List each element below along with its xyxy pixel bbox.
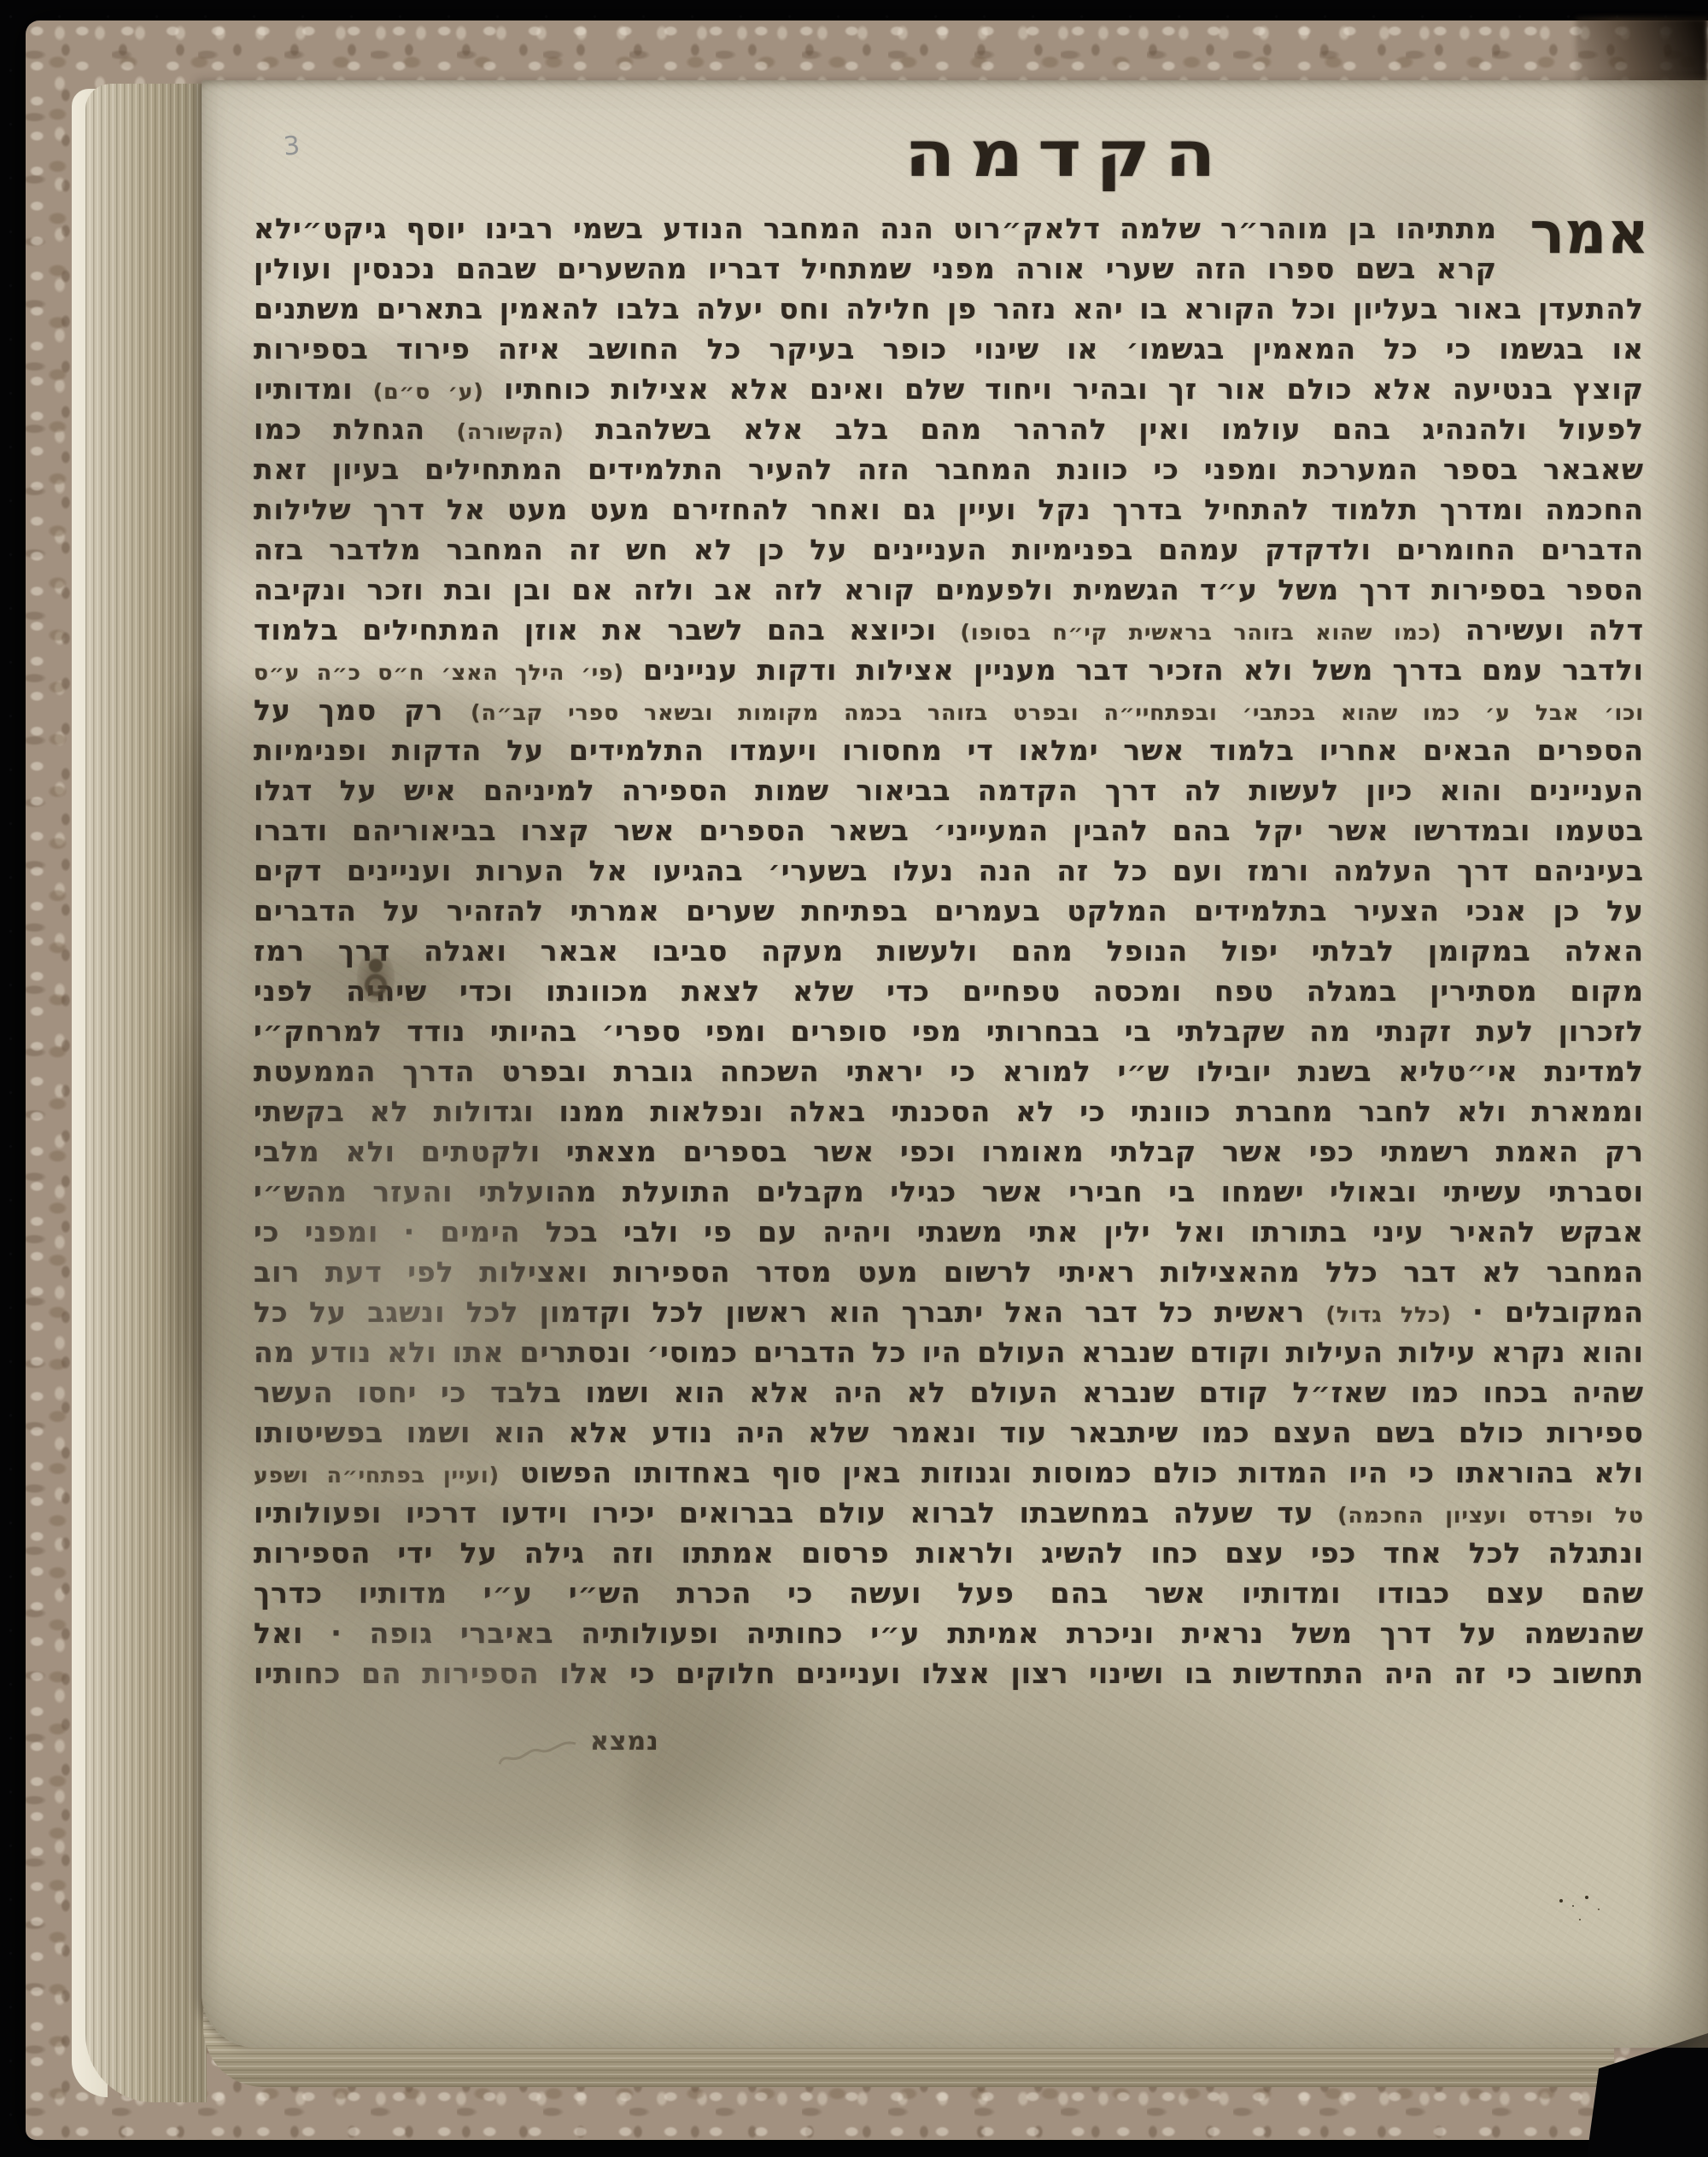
text-line: להתעדן באור בעליון וכל הקורא בו יהא נזהר… bbox=[254, 289, 1644, 329]
text-line: שאבאר בספר המערכת ומפני כי כוונת המחבר ה… bbox=[254, 449, 1644, 489]
text-line: קוצץ בנטיעה אלא כולם אור זך ובהיר ויחוד … bbox=[254, 369, 1644, 409]
text-line: החכמה ומדרך תלמוד להתחיל בדרך נקל ועיין … bbox=[254, 489, 1644, 529]
initial-word: אמר bbox=[1530, 200, 1649, 267]
text-line: האלה במקומן לבלתי יפול הנופל מהם ולעשות … bbox=[254, 931, 1644, 971]
text-line: לפעול ולהנהיג בהם עולמו ואין להרהר מהם ב… bbox=[254, 409, 1644, 449]
text-line: או בגשמו כי כל המאמין בגשמו׳ או שינוי כו… bbox=[254, 329, 1644, 369]
text-line: תחשוב כי זה היה התחדשות בו ושינוי רצון א… bbox=[254, 1653, 1644, 1693]
text-line: וממארת ולא לחבר מחברת כוונתי כי לא הסכנת… bbox=[254, 1091, 1644, 1131]
book-page: 3 הקדמה אמר מתתיהו בן מוהר״ר שלמה דלאק״ר… bbox=[202, 80, 1708, 2048]
marginal-ink-ornament bbox=[357, 951, 395, 1003]
text-line: שהנשמה על דרך משל נראית וניכרת אמיתת ע״י… bbox=[254, 1613, 1644, 1653]
text-line: למדינת אי״טליא בשנת יובילו ש״י למורא כי … bbox=[254, 1051, 1644, 1091]
text-line: טל ופרדס ועציון החכמה) עד שעלה במחשבתו ל… bbox=[254, 1493, 1644, 1533]
catchword-flourish bbox=[499, 1737, 577, 1771]
text-line: המקובלים · (כלל גדול) ראשית כל דבר האל י… bbox=[254, 1292, 1644, 1332]
handwritten-page-number: 3 bbox=[283, 131, 301, 162]
foxing-specks bbox=[1559, 1899, 1563, 1903]
body-text-block: אמר מתתיהו בן מוהר״ר שלמה דלאק״רוט הנה ה… bbox=[254, 208, 1644, 1693]
text-line: דלה ועשירה (כמו שהוא בזוהר בראשית קי״ח ב… bbox=[254, 610, 1644, 650]
catchword: נמצא bbox=[590, 1727, 659, 1757]
text-line: הספר בספירות דרך משל ע״ד הגשמית ולפעמים … bbox=[254, 570, 1644, 610]
text-line: וכו׳ אבל ע׳ כמו שהוא בכתבי׳ ובפתחיי״ה וב… bbox=[254, 690, 1644, 730]
text-line: מקום מסתירין במגלה טפח ומכסה טפחיים כדי … bbox=[254, 971, 1644, 1011]
text-line: לזכרון לעת זקנתי מה שקבלתי בי בבחרותי מפ… bbox=[254, 1011, 1644, 1051]
text-line: בעיניהם דרך העלמה ורמז ועם כל זה הנה נעל… bbox=[254, 851, 1644, 891]
body-text: מתתיהו בן מוהר״ר שלמה דלאק״רוט הנה המחבר… bbox=[254, 208, 1644, 1693]
page-title: הקדמה bbox=[904, 118, 1230, 191]
text-line: מתתיהו בן מוהר״ר שלמה דלאק״רוט הנה המחבר… bbox=[254, 208, 1497, 248]
text-line: העניינים והוא כיון לעשות לה דרך הקדמה בב… bbox=[254, 770, 1644, 810]
text-line: וסברתי עשיתי ובאולי ישמחו בי חבירי אשר כ… bbox=[254, 1172, 1644, 1212]
page-stack-fore-edge bbox=[85, 84, 207, 2102]
text-line: המחבר לא דבר כלל מהאצילות ראיתי לרשום מע… bbox=[254, 1252, 1644, 1292]
text-line: שהם עצם כבודו ומדותיו אשר בהם פעל ועשה כ… bbox=[254, 1573, 1644, 1613]
text-line: בטעמו ובמדרשו אשר יקל בהם להבין המעייני׳… bbox=[254, 810, 1644, 851]
text-line: ספירות כולם בשם העצם כמו שיתבאר עוד ונאמ… bbox=[254, 1412, 1644, 1453]
text-line: הספרים הבאים אחריו בלמוד אשר ימלאו די מח… bbox=[254, 730, 1644, 770]
text-line: אבקש להאיר עיני בתורתו ואל ילין אתי משגת… bbox=[254, 1212, 1644, 1252]
text-line: רק האמת רשמתי כפי אשר קבלתי מאומרו וכפי … bbox=[254, 1131, 1644, 1172]
paper-stain bbox=[629, 1651, 1414, 2019]
text-line: ולדבר עמם בדרך משל ולא הזכיר דבר מעניין … bbox=[254, 650, 1644, 690]
text-line: ולא בהוראתו כי היו המדות כולם כמוסות וגנ… bbox=[254, 1453, 1644, 1493]
text-line: ונתגלה לכל אחד כפי עצם כחו להשיג ולראות … bbox=[254, 1533, 1644, 1573]
gutter-shadow bbox=[1645, 80, 1708, 2048]
text-line: קרא בשם ספרו הזה שערי אורה מפני שמתחיל ד… bbox=[254, 248, 1497, 289]
text-line: והוא נקרא עילות העילות וקודם שנברא העולם… bbox=[254, 1332, 1644, 1372]
text-line: שהיה בכחו כמו שאז״ל קודם שנברא העולם לא … bbox=[254, 1372, 1644, 1412]
text-line: על כן אנכי הצעיר בתלמידים המלקט בעמרים ב… bbox=[254, 891, 1644, 931]
text-line: הדברים החומרים ולדקדק עמהם בפנימיות העני… bbox=[254, 529, 1644, 570]
